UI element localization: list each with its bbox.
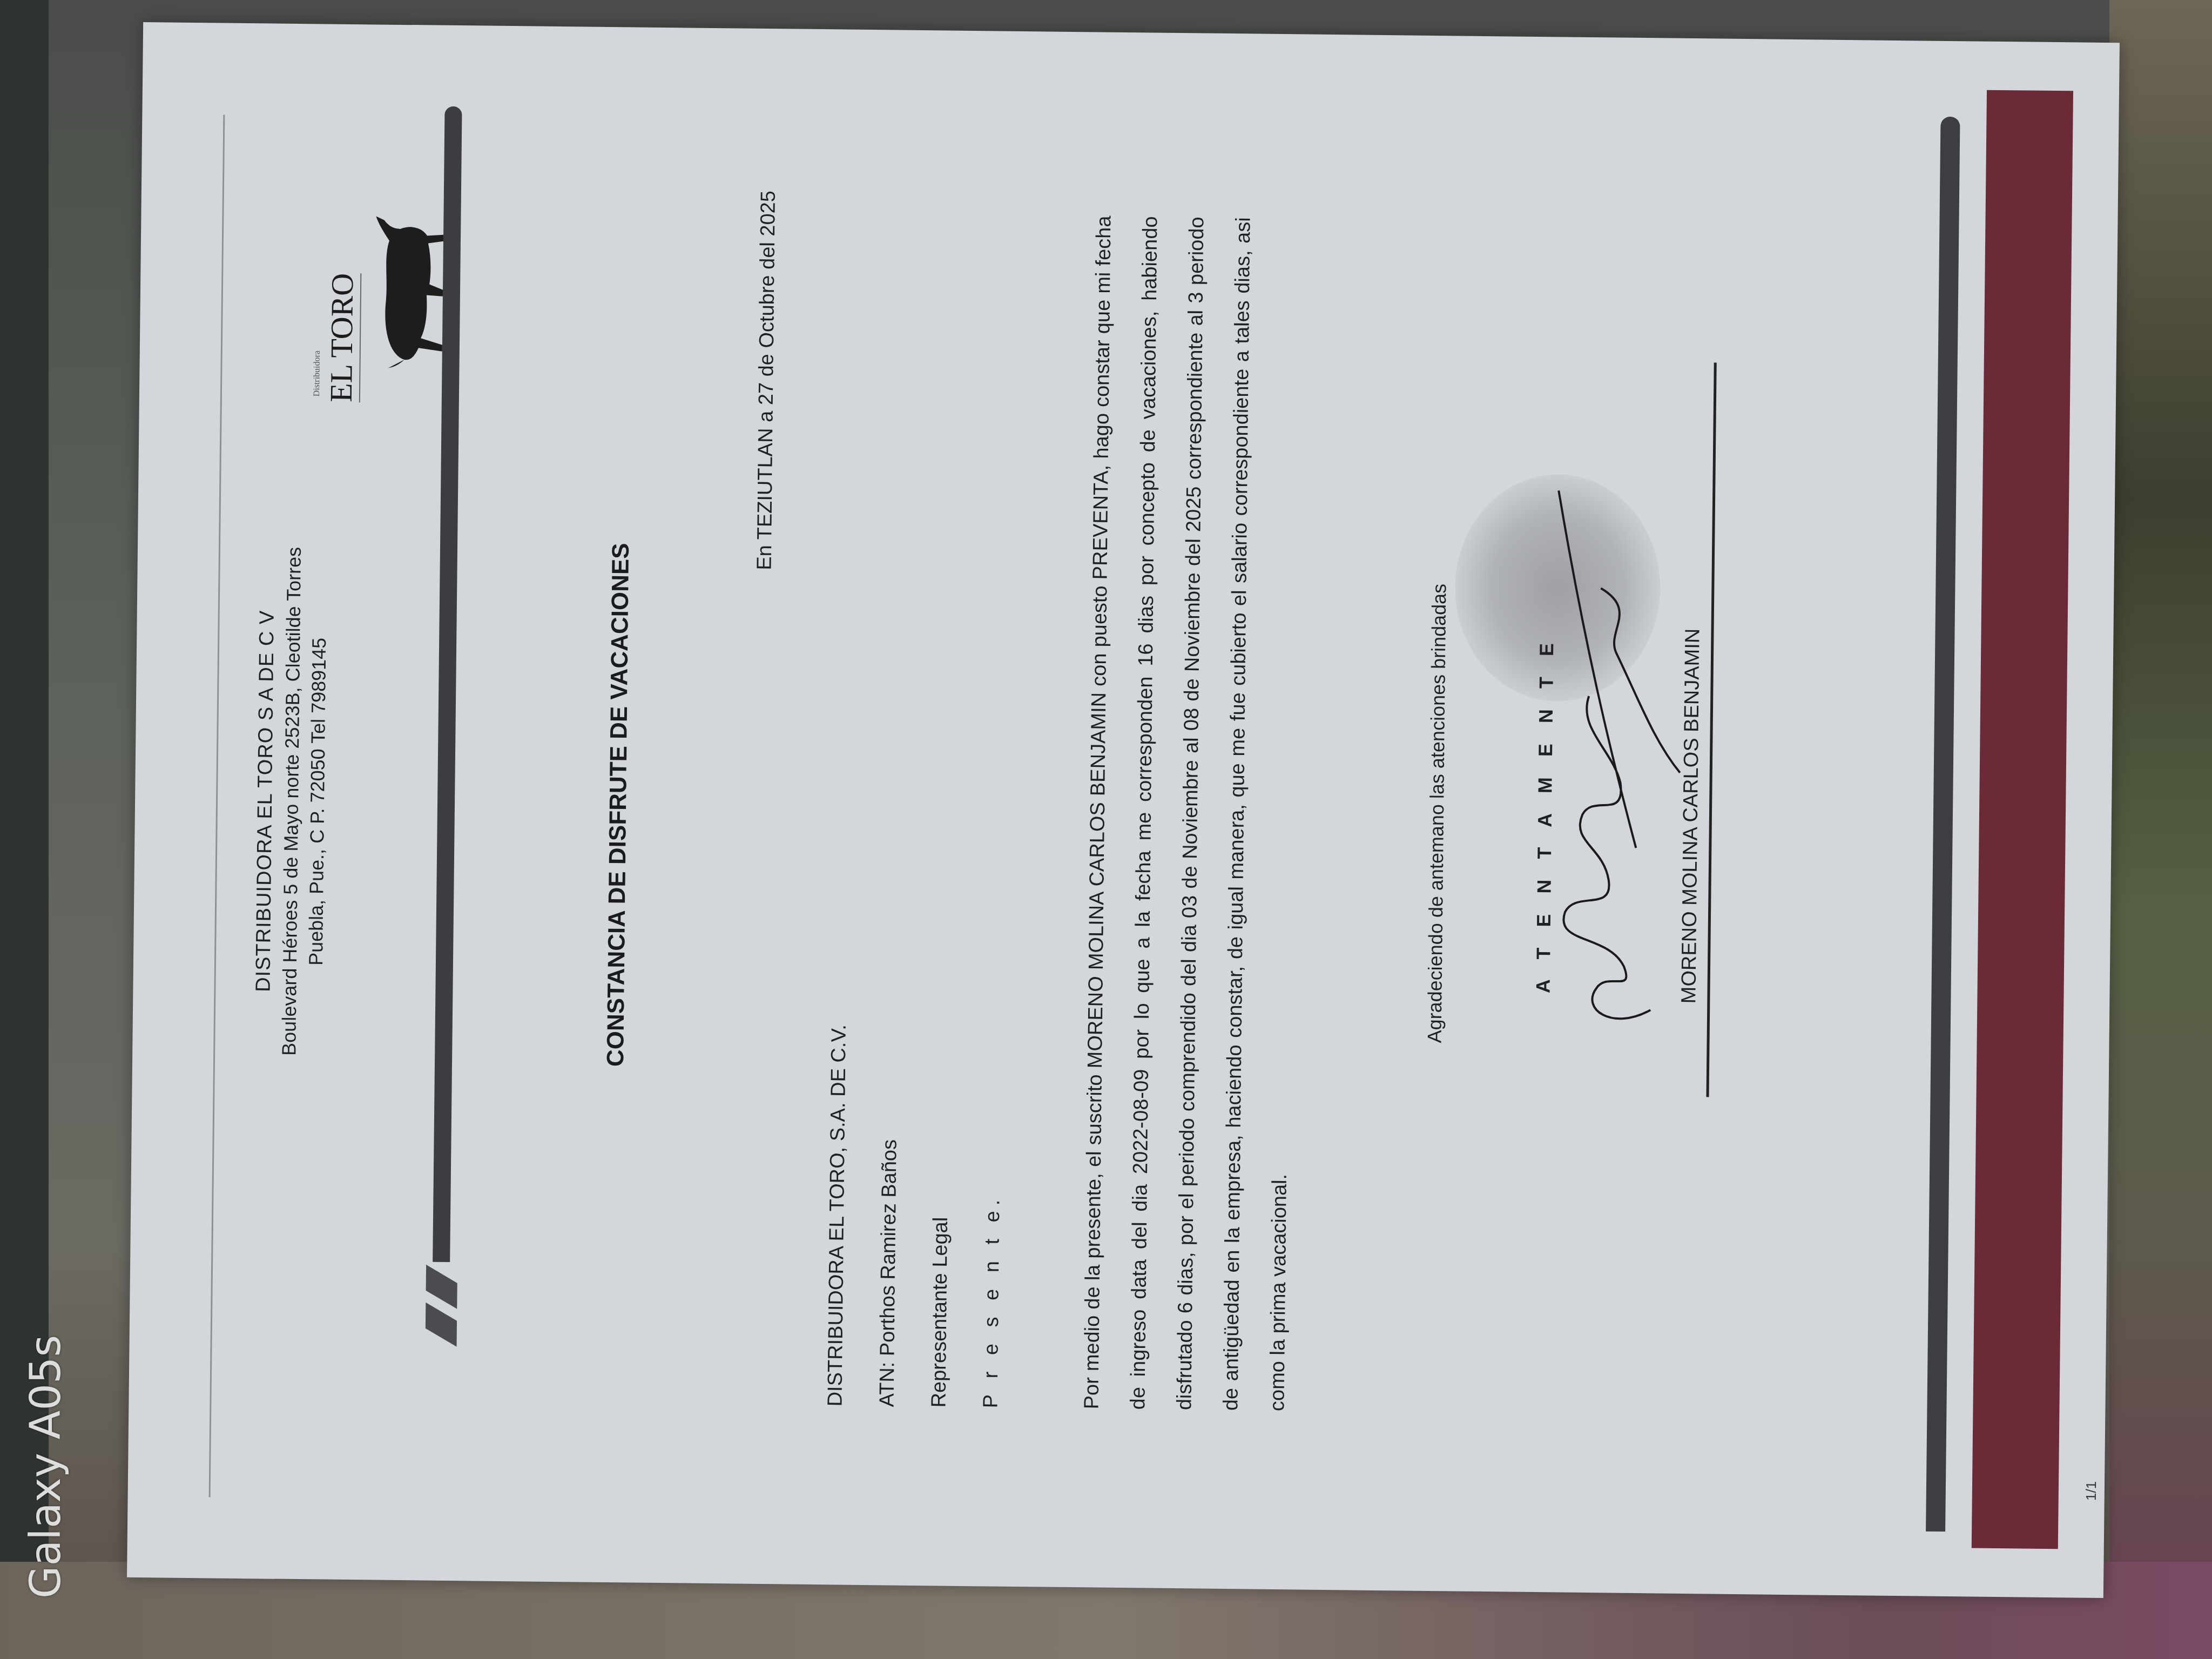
recipient-block: DISTRIBUIDORA EL TORO, S.A. DE C.V. ATN:… [809,1024,1020,1408]
body-paragraph: Por medio de la presente, el suscrito MO… [1068,215,1313,1411]
background-right [2109,0,2212,1659]
margin-rule [209,114,225,1497]
recipient-company: DISTRIBUIDORA EL TORO, S.A. DE C.V. [809,1024,865,1407]
page-number: 1/1 [2083,1481,2100,1501]
logo-brand: EL TORO [323,273,361,402]
logo-subtitle: Distribuidora [312,350,322,397]
bull-icon [366,208,449,371]
letter-sheet: DISTRIBUIDORA EL TORO S A DE C V Bouleva… [127,22,2120,1598]
company-logo: Distribuidora EL TORO [312,207,455,403]
recipient-attention: ATN: Porthos Ramirez Baños [861,1025,916,1407]
decorative-diamond [426,1265,457,1309]
recipient-role: Representante Legal [913,1026,968,1408]
decorative-stripe-bottom [1926,117,1960,1532]
handwritten-signature [1472,479,1704,1075]
place-date: En TEZIUTLAN a 27 de Octubre del 2025 [753,191,780,570]
document-title: CONSTANCIA DE DISFRUTE DE VACACIONES [597,27,640,1582]
decorative-band-red [1972,90,2073,1549]
camera-watermark: Galaxy A05s [22,1335,70,1599]
signature-line [1706,362,1716,1097]
recipient-presente: P r e s e n t e. [965,1026,1020,1408]
closing-line: Agradeciendo de antemano las atenciones … [1418,36,1456,1591]
decorative-diamond [426,1303,457,1347]
